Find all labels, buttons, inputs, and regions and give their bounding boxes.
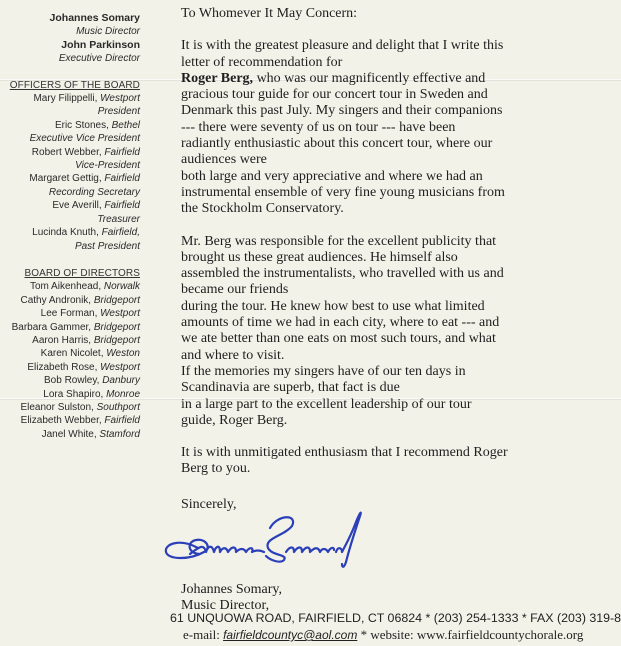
paragraph-2: Mr. Berg was responsible for the excelle…	[181, 234, 591, 430]
board-member-town: Danbury	[102, 375, 140, 386]
website-label: * website:	[357, 627, 417, 642]
board-member-name: Aaron Harris,	[32, 335, 94, 346]
officer-role: Vice-President	[0, 159, 140, 172]
board-member-town: Westport	[100, 308, 140, 319]
footer-address: 61 UNQUOWA ROAD, FAIRFIELD, CT 06824 * (…	[170, 611, 610, 626]
paragraph-line: became our friends	[181, 282, 591, 298]
paragraph-line: audiences were	[181, 152, 591, 168]
board-member-name: Elizabeth Webber,	[21, 415, 105, 426]
board-list: Tom Aikenhead, NorwalkCathy Andronik, Br…	[0, 280, 140, 441]
officer-name: Lucinda Knuth,	[32, 227, 102, 238]
director-title: Music Director	[0, 25, 140, 38]
paragraph-line: Roger Berg, who was our magnificently ef…	[181, 71, 591, 87]
board-member: Karen Nicolet, Weston	[0, 347, 140, 360]
officer-town: Fairfield,	[102, 227, 140, 238]
board-member-name: Karen Nicolet,	[41, 348, 107, 359]
director-title: Executive Director	[0, 52, 140, 65]
officer-town: Fairfield	[104, 173, 140, 184]
paragraph-line: in a large part to the excellent leaders…	[181, 397, 591, 413]
board-member: Bob Rowley, Danbury	[0, 374, 140, 387]
paragraph-line: brought us these great audiences. He him…	[181, 250, 591, 266]
board-member-name: Bob Rowley,	[44, 375, 102, 386]
paragraph-line: letter of recommendation for	[181, 55, 591, 71]
paragraph-line: Mr. Berg was responsible for the excelle…	[181, 234, 591, 250]
paragraph-line: gracious tour guide for our concert tour…	[181, 87, 591, 103]
officer-entry: Lucinda Knuth, Fairfield,	[0, 226, 140, 239]
board-member: Janel White, Stamford	[0, 428, 140, 441]
board-member-town: Westport	[100, 362, 140, 373]
officer-role: Past President	[0, 240, 140, 253]
recommended-person-name: Roger Berg,	[181, 71, 253, 86]
letterhead-roster: Johannes Somary Music Director John Park…	[0, 12, 140, 441]
paragraph-line: during the tour. He knew how best to use…	[181, 299, 591, 315]
board-member-town: Bridgeport	[94, 295, 140, 306]
officer-entry: Eric Stones, Bethel	[0, 119, 140, 132]
paragraph-line: amounts of time we had in each city, whe…	[181, 315, 591, 331]
paragraph-line: assembled the instrumentalists, who trav…	[181, 266, 591, 282]
paragraph-line: both large and very appreciative and whe…	[181, 169, 591, 185]
footer-contact: e-mail: fairfieldcountyc@aol.com * websi…	[183, 627, 613, 643]
paragraph-line: radiantly enthusiastic about this concer…	[181, 136, 591, 152]
officer-name: Eve Averill,	[52, 200, 104, 211]
board-member: Tom Aikenhead, Norwalk	[0, 280, 140, 293]
paragraph-line: --- there were seventy of us on tour ---…	[181, 120, 591, 136]
officer-entry: Robert Webber, Fairfield	[0, 146, 140, 159]
board-member-name: Barbara Gammer,	[12, 322, 94, 333]
email-label: e-mail:	[183, 627, 223, 642]
board-member: Elizabeth Webber, Fairfield	[0, 414, 140, 427]
board-member-town: Bridgeport	[94, 335, 140, 346]
board-member-name: Eleanor Sulston,	[20, 402, 96, 413]
paragraph-line: we ate better than one eats on most such…	[181, 331, 591, 347]
paragraph-line: and where to visit.	[181, 348, 591, 364]
officer-town: Fairfield	[104, 200, 140, 211]
board-member: Elizabeth Rose, Westport	[0, 361, 140, 374]
board-member-town: Bridgeport	[94, 322, 140, 333]
officer-role: President	[0, 105, 140, 118]
board-member: Barbara Gammer, Bridgeport	[0, 321, 140, 334]
board-member: Lee Forman, Westport	[0, 307, 140, 320]
board-member-name: Lee Forman,	[41, 308, 100, 319]
board-member-name: Tom Aikenhead,	[30, 281, 104, 292]
board-member-name: Janel White,	[42, 429, 100, 440]
board-member-name: Cathy Andronik,	[20, 295, 93, 306]
board-member-town: Southport	[97, 402, 140, 413]
signer-name: Johannes Somary,	[181, 582, 282, 598]
paragraph-line: If the memories my singers have of our t…	[181, 364, 591, 380]
officer-town: Bethel	[112, 120, 140, 131]
letter-body: To Whomever It May Concern: It is with t…	[181, 6, 591, 478]
officer-entry: Mary Filippelli, Westport	[0, 92, 140, 105]
paragraph-line: guide, Roger Berg.	[181, 413, 591, 429]
officer-town: Fairfield	[104, 147, 140, 158]
director-name: Johannes Somary	[0, 12, 140, 25]
director-name: John Parkinson	[0, 39, 140, 52]
paragraph-line: It is with unmitigated enthusiasm that I…	[181, 445, 591, 461]
board-member-name: Elizabeth Rose,	[27, 362, 100, 373]
website-link[interactable]: www.fairfieldcountychorale.org	[417, 627, 583, 642]
board-member-town: Stamford	[99, 429, 140, 440]
paragraph-line: Berg to you.	[181, 461, 591, 477]
officer-role: Executive Vice President	[0, 132, 140, 145]
board-member-town: Weston	[106, 348, 140, 359]
officer-entry: Margaret Gettig, Fairfield	[0, 172, 140, 185]
board-member: Eleanor Sulston, Southport	[0, 401, 140, 414]
board-member: Lora Shapiro, Monroe	[0, 388, 140, 401]
salutation: To Whomever It May Concern:	[181, 6, 591, 22]
paragraph-line: the Stockholm Conservatory.	[181, 201, 591, 217]
officer-name: Robert Webber,	[32, 147, 105, 158]
paragraph-1: It is with the greatest pleasure and del…	[181, 38, 591, 217]
paragraph-3: It is with unmitigated enthusiasm that I…	[181, 445, 591, 478]
board-member-town: Monroe	[106, 389, 140, 400]
officer-role: Recording Secretary	[0, 186, 140, 199]
officers-list: Mary Filippelli, WestportPresidentEric S…	[0, 92, 140, 253]
paragraph-line: Scandinavia are superb, that fact is due	[181, 380, 591, 396]
officer-role: Treasurer	[0, 213, 140, 226]
email-link[interactable]: fairfieldcountyc@aol.com	[223, 628, 357, 642]
officer-name: Mary Filippelli,	[33, 93, 100, 104]
signature-image	[160, 508, 370, 570]
officer-town: Westport	[100, 93, 140, 104]
officer-name: Eric Stones,	[55, 120, 112, 131]
board-member-town: Fairfield	[104, 415, 140, 426]
board-member: Aaron Harris, Bridgeport	[0, 334, 140, 347]
board-member: Cathy Andronik, Bridgeport	[0, 294, 140, 307]
officers-heading: OFFICERS OF THE BOARD	[0, 79, 140, 92]
signer-block: Johannes Somary, Music Director,	[181, 582, 282, 613]
board-member-name: Lora Shapiro,	[43, 389, 106, 400]
board-heading: BOARD OF DIRECTORS	[0, 267, 140, 280]
officer-name: Margaret Gettig,	[29, 173, 104, 184]
paragraph-line: instrumental ensemble of very fine young…	[181, 185, 591, 201]
board-member-town: Norwalk	[104, 281, 140, 292]
officer-entry: Eve Averill, Fairfield	[0, 199, 140, 212]
paragraph-line: Denmark this past July. My singers and t…	[181, 103, 591, 119]
paragraph-line: It is with the greatest pleasure and del…	[181, 38, 591, 54]
